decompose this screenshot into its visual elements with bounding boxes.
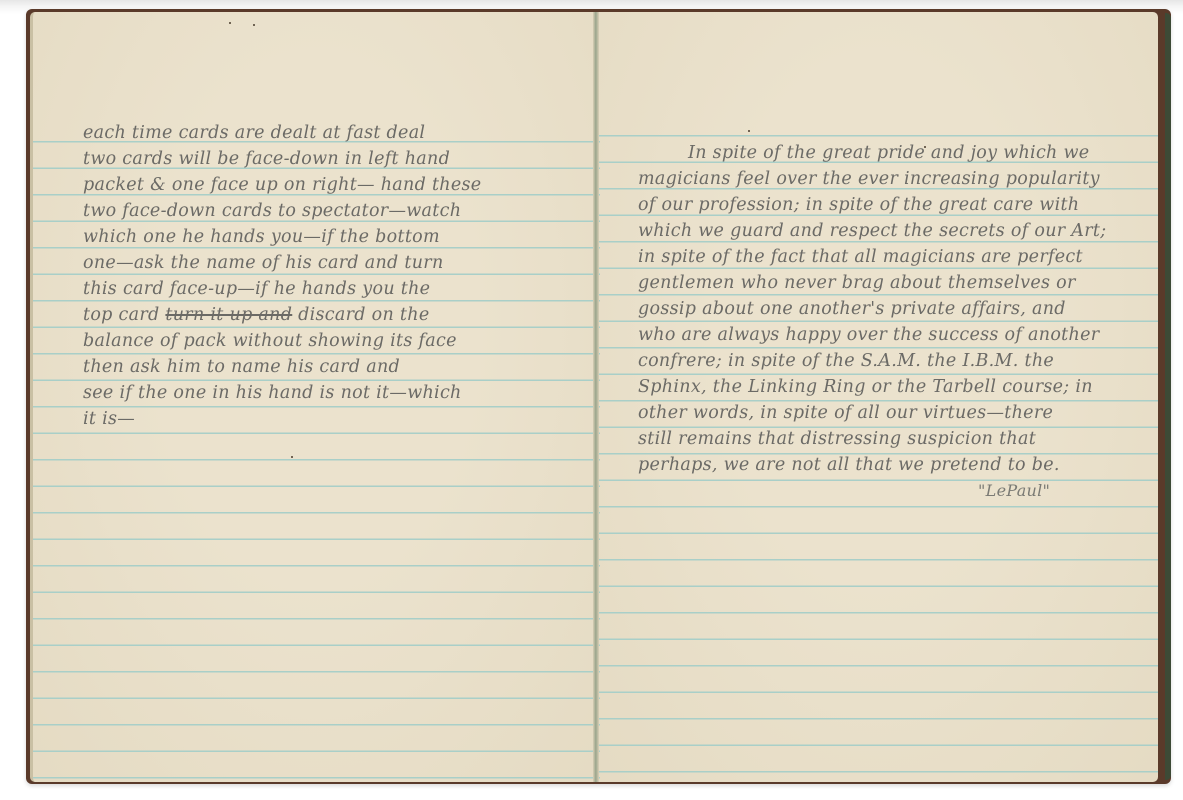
text-line: gentlemen who never brag about themselve…	[638, 270, 1158, 296]
text-line: of our profession; in spite of the great…	[638, 192, 1158, 218]
open-notebook: each time cards are dealt at fast deal t…	[26, 9, 1171, 784]
left-page: each time cards are dealt at fast deal t…	[30, 12, 600, 782]
paper-speck	[229, 22, 231, 24]
paper-speck	[748, 130, 750, 132]
left-page-text: each time cards are dealt at fast deal t…	[83, 120, 593, 432]
text-line: it is—	[83, 406, 593, 432]
text-line: two cards will be face-down in left hand	[83, 146, 593, 172]
signature: "LePaul"	[638, 478, 1158, 504]
text-line: gossip about one another's private affai…	[638, 296, 1158, 322]
text-line: In spite of the great pride and joy whic…	[638, 140, 1158, 166]
right-page-text: In spite of the great pride and joy whic…	[638, 140, 1158, 504]
struck-through-text: turn it up and	[165, 305, 292, 325]
text-line: in spite of the fact that all magicians …	[638, 244, 1158, 270]
text-line: which one he hands you—if the bottom	[83, 224, 593, 250]
text-line: one—ask the name of his card and turn	[83, 250, 593, 276]
text-line: then ask him to name his card and	[83, 354, 593, 380]
paper-speck	[924, 146, 926, 148]
text-line: perhaps, we are not all that we pretend …	[638, 452, 1158, 478]
binding-gutter	[593, 12, 599, 782]
paper-speck	[253, 24, 255, 26]
text-line: magicians feel over the ever increasing …	[638, 166, 1158, 192]
text-line: who are always happy over the success of…	[638, 322, 1158, 348]
scan-background: each time cards are dealt at fast deal t…	[0, 0, 1183, 800]
text-line: other words, in spite of all our virtues…	[638, 400, 1158, 426]
right-page: In spite of the great pride and joy whic…	[598, 12, 1158, 782]
text-line: each time cards are dealt at fast deal	[83, 120, 593, 146]
text-line: two face-down cards to spectator—watch	[83, 198, 593, 224]
text-line: packet & one face up on right— hand thes…	[83, 172, 593, 198]
text-line: this card face-up—if he hands you the	[83, 276, 593, 302]
text-line: still remains that distressing suspicion…	[638, 426, 1158, 452]
text-line: see if the one in his hand is not it—whi…	[83, 380, 593, 406]
paper-speck	[291, 456, 293, 458]
text-line: top card turn it up and discard on the	[83, 302, 593, 328]
text-line: Sphinx, the Linking Ring or the Tarbell …	[638, 374, 1158, 400]
text-line: confrere; in spite of the S.A.M. the I.B…	[638, 348, 1158, 374]
text-line: which we guard and respect the secrets o…	[638, 218, 1158, 244]
text-line: balance of pack without showing its face	[83, 328, 593, 354]
